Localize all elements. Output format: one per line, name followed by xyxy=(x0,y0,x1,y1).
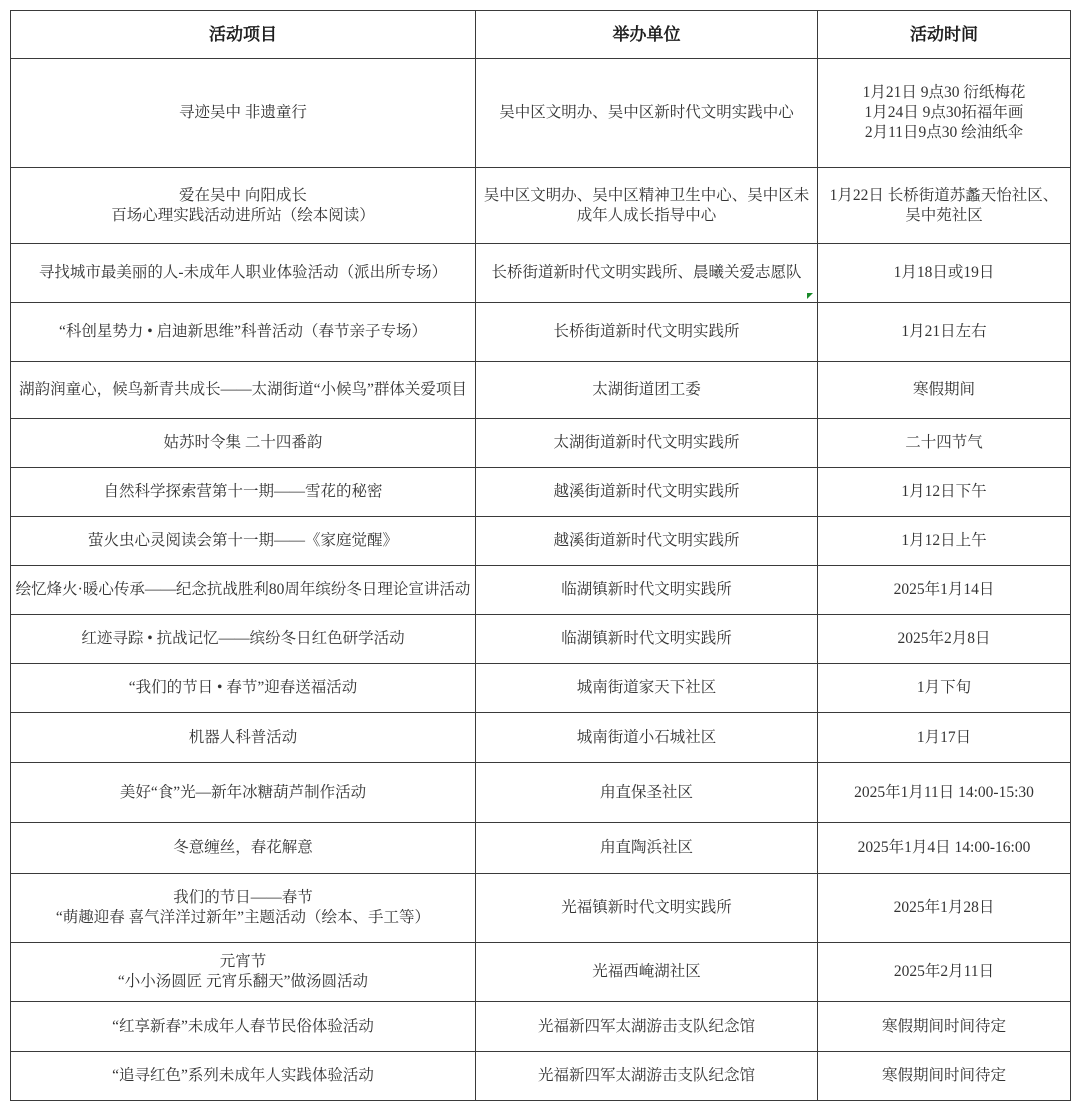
time-cell[interactable]: 寒假期间时间待定 xyxy=(818,1002,1071,1052)
time-cell[interactable]: 1月12日上午 xyxy=(818,517,1071,566)
activity-cell[interactable]: 机器人科普活动 xyxy=(11,713,476,763)
time-cell[interactable]: 二十四节气 xyxy=(818,419,1071,468)
table-row: “红享新春”未成年人春节民俗体验活动光福新四军太湖游击支队纪念馆寒假期间时间待定 xyxy=(11,1002,1071,1052)
activity-cell[interactable]: 寻找城市最美丽的人-未成年人职业体验活动（派出所专场） xyxy=(11,244,476,303)
table-row: 爱在吴中 向阳成长 百场心理实践活动进所站（绘本阅读）吴中区文明办、吴中区精神卫… xyxy=(11,168,1071,244)
organizer-cell[interactable]: 临湖镇新时代文明实践所 xyxy=(476,566,818,615)
activity-cell[interactable]: 美好“食”光—新年冰糖葫芦制作活动 xyxy=(11,763,476,823)
activity-cell[interactable]: 绘忆烽火·暖心传承——纪念抗战胜利80周年缤纷冬日理论宣讲活动 xyxy=(11,566,476,615)
activity-cell[interactable]: 萤火虫心灵阅读会第十一期——《家庭觉醒》 xyxy=(11,517,476,566)
time-cell[interactable]: 2025年1月28日 xyxy=(818,874,1071,943)
activity-table: 活动项目 举办单位 活动时间 寻迹吴中 非遗童行吴中区文明办、吴中区新时代文明实… xyxy=(10,10,1071,1101)
time-cell[interactable]: 1月17日 xyxy=(818,713,1071,763)
activity-cell[interactable]: 姑苏时令集 二十四番韵 xyxy=(11,419,476,468)
time-cell[interactable]: 2025年2月8日 xyxy=(818,615,1071,664)
time-cell[interactable]: 1月21日左右 xyxy=(818,303,1071,362)
organizer-cell[interactable]: 越溪街道新时代文明实践所 xyxy=(476,468,818,517)
table-row: 绘忆烽火·暖心传承——纪念抗战胜利80周年缤纷冬日理论宣讲活动临湖镇新时代文明实… xyxy=(11,566,1071,615)
header-activity: 活动项目 xyxy=(11,11,476,59)
table-row: 寻找城市最美丽的人-未成年人职业体验活动（派出所专场）长桥街道新时代文明实践所、… xyxy=(11,244,1071,303)
table-row: “科创星势力 • 启迪新思维”科普活动（春节亲子专场）长桥街道新时代文明实践所1… xyxy=(11,303,1071,362)
time-cell[interactable]: 寒假期间时间待定 xyxy=(818,1052,1071,1101)
table-row: 姑苏时令集 二十四番韵太湖街道新时代文明实践所二十四节气 xyxy=(11,419,1071,468)
cell-comment-marker-icon xyxy=(807,293,813,299)
activity-cell[interactable]: “红享新春”未成年人春节民俗体验活动 xyxy=(11,1002,476,1052)
time-cell[interactable]: 1月18日或19日 xyxy=(818,244,1071,303)
activity-cell[interactable]: 红迹寻踪 • 抗战记忆——缤纷冬日红色研学活动 xyxy=(11,615,476,664)
table-row: “追寻红色”系列未成年人实践体验活动光福新四军太湖游击支队纪念馆寒假期间时间待定 xyxy=(11,1052,1071,1101)
activity-cell[interactable]: 冬意缠丝，春花解意 xyxy=(11,823,476,874)
table-body: 寻迹吴中 非遗童行吴中区文明办、吴中区新时代文明实践中心1月21日 9点30 衍… xyxy=(11,59,1071,1101)
organizer-cell[interactable]: 越溪街道新时代文明实践所 xyxy=(476,517,818,566)
organizer-cell[interactable]: 光福镇新时代文明实践所 xyxy=(476,874,818,943)
organizer-cell[interactable]: 吴中区文明办、吴中区新时代文明实践中心 xyxy=(476,59,818,168)
time-cell[interactable]: 1月下旬 xyxy=(818,664,1071,713)
time-cell[interactable]: 2025年2月11日 xyxy=(818,943,1071,1002)
time-cell[interactable]: 2025年1月14日 xyxy=(818,566,1071,615)
activity-cell[interactable]: 湖韵润童心，候鸟新青共成长——太湖街道“小候鸟”群体关爱项目 xyxy=(11,362,476,419)
table-row: 萤火虫心灵阅读会第十一期——《家庭觉醒》越溪街道新时代文明实践所1月12日上午 xyxy=(11,517,1071,566)
table-row: 红迹寻踪 • 抗战记忆——缤纷冬日红色研学活动临湖镇新时代文明实践所2025年2… xyxy=(11,615,1071,664)
organizer-cell[interactable]: 光福西崦湖社区 xyxy=(476,943,818,1002)
organizer-cell[interactable]: 甪直陶浜社区 xyxy=(476,823,818,874)
time-cell[interactable]: 寒假期间 xyxy=(818,362,1071,419)
table-row: 寻迹吴中 非遗童行吴中区文明办、吴中区新时代文明实践中心1月21日 9点30 衍… xyxy=(11,59,1071,168)
activity-cell[interactable]: 我们的节日——春节 “萌趣迎春 喜气洋洋过新年”主题活动（绘本、手工等） xyxy=(11,874,476,943)
organizer-cell[interactable]: 吴中区文明办、吴中区精神卫生中心、吴中区未成年人成长指导中心 xyxy=(476,168,818,244)
time-cell[interactable]: 2025年1月11日 14:00-15:30 xyxy=(818,763,1071,823)
table-row: 机器人科普活动城南街道小石城社区1月17日 xyxy=(11,713,1071,763)
activity-cell[interactable]: “追寻红色”系列未成年人实践体验活动 xyxy=(11,1052,476,1101)
organizer-cell[interactable]: 城南街道家天下社区 xyxy=(476,664,818,713)
organizer-cell[interactable]: 太湖街道新时代文明实践所 xyxy=(476,419,818,468)
organizer-cell[interactable]: 光福新四军太湖游击支队纪念馆 xyxy=(476,1052,818,1101)
table-row: 冬意缠丝，春花解意甪直陶浜社区2025年1月4日 14:00-16:00 xyxy=(11,823,1071,874)
organizer-cell[interactable]: 甪直保圣社区 xyxy=(476,763,818,823)
activity-cell[interactable]: 自然科学探索营第十一期——雪花的秘密 xyxy=(11,468,476,517)
time-cell[interactable]: 2025年1月4日 14:00-16:00 xyxy=(818,823,1071,874)
activity-cell[interactable]: “我们的节日 • 春节”迎春送福活动 xyxy=(11,664,476,713)
table-row: 自然科学探索营第十一期——雪花的秘密越溪街道新时代文明实践所1月12日下午 xyxy=(11,468,1071,517)
table-row: 湖韵润童心，候鸟新青共成长——太湖街道“小候鸟”群体关爱项目太湖街道团工委寒假期… xyxy=(11,362,1071,419)
organizer-cell[interactable]: 光福新四军太湖游击支队纪念馆 xyxy=(476,1002,818,1052)
header-organizer: 举办单位 xyxy=(476,11,818,59)
organizer-cell[interactable]: 城南街道小石城社区 xyxy=(476,713,818,763)
activity-cell[interactable]: 爱在吴中 向阳成长 百场心理实践活动进所站（绘本阅读） xyxy=(11,168,476,244)
organizer-cell[interactable]: 长桥街道新时代文明实践所 xyxy=(476,303,818,362)
table-row: 我们的节日——春节 “萌趣迎春 喜气洋洋过新年”主题活动（绘本、手工等）光福镇新… xyxy=(11,874,1071,943)
activity-table-sheet: 活动项目 举办单位 活动时间 寻迹吴中 非遗童行吴中区文明办、吴中区新时代文明实… xyxy=(10,10,1070,1101)
table-row: 美好“食”光—新年冰糖葫芦制作活动甪直保圣社区2025年1月11日 14:00-… xyxy=(11,763,1071,823)
time-cell[interactable]: 1月12日下午 xyxy=(818,468,1071,517)
organizer-cell[interactable]: 临湖镇新时代文明实践所 xyxy=(476,615,818,664)
organizer-cell[interactable]: 长桥街道新时代文明实践所、晨曦关爱志愿队 xyxy=(476,244,818,303)
time-cell[interactable]: 1月22日 长桥街道苏蠡天怡社区、吴中苑社区 xyxy=(818,168,1071,244)
table-row: 元宵节 “小小汤圆匠 元宵乐翻天”做汤圆活动光福西崦湖社区2025年2月11日 xyxy=(11,943,1071,1002)
table-header-row: 活动项目 举办单位 活动时间 xyxy=(11,11,1071,59)
activity-cell[interactable]: 寻迹吴中 非遗童行 xyxy=(11,59,476,168)
table-row: “我们的节日 • 春节”迎春送福活动城南街道家天下社区1月下旬 xyxy=(11,664,1071,713)
activity-cell[interactable]: 元宵节 “小小汤圆匠 元宵乐翻天”做汤圆活动 xyxy=(11,943,476,1002)
organizer-cell[interactable]: 太湖街道团工委 xyxy=(476,362,818,419)
header-time: 活动时间 xyxy=(818,11,1071,59)
time-cell[interactable]: 1月21日 9点30 衍纸梅花 1月24日 9点30拓福年画 2月11日9点30… xyxy=(818,59,1071,168)
activity-cell[interactable]: “科创星势力 • 启迪新思维”科普活动（春节亲子专场） xyxy=(11,303,476,362)
